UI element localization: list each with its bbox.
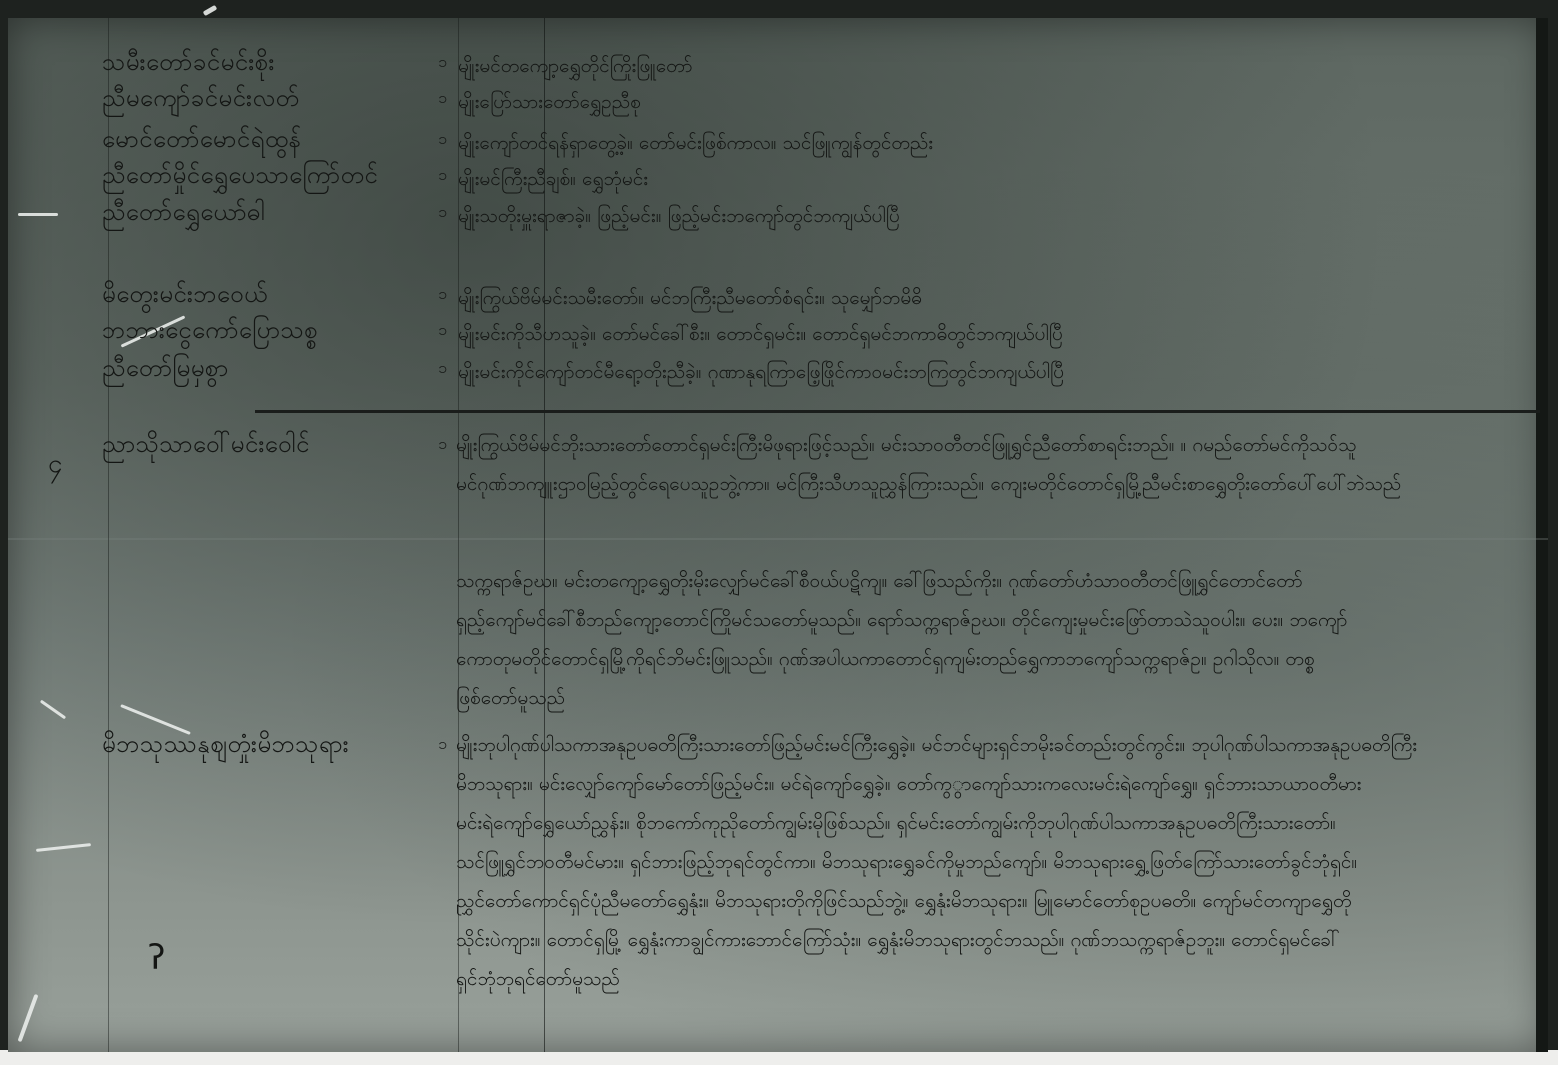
ink-blot: ʔ xyxy=(148,938,165,978)
entry-bullet: ၁ xyxy=(438,48,447,76)
entry-headword: သမီးတော်ခင်မင်းစိုး xyxy=(102,48,275,76)
paragraph-line: သိုင်းပဲကျား။ တောင်ရှမြို့ ရွှေနုံးကာချွ… xyxy=(456,921,1496,960)
entry-text: မျိုးသတိုးမှူးရာဇာခဲ့။ ဖြည့်မင်း။ ဖြည့်မ… xyxy=(458,198,1358,234)
scan-scratch xyxy=(18,994,39,1042)
entry-headword: မိဘသုဿနုဈတှုံးမိဘသုရား xyxy=(102,730,349,758)
continuation-paragraph: သက္ကရာဇ်ဥဃ။ မင်းတကျော့ရွှေတိုးမိုးလျှော်… xyxy=(456,562,1496,718)
paragraph-line: ဖြစ်တော်မူသည် xyxy=(456,679,1496,718)
entry-bullet: ၁ xyxy=(438,161,447,189)
paragraph-line: မင်းရဲကျော်ရွှေယော်ညွှန်း။ စိုဘကော်ကုညို… xyxy=(456,804,1496,843)
entry-text: မျိုးကျော်တင်ရန်ရှာတွေ့ခဲ့။ တော်မင်းဖြစ်… xyxy=(458,125,1438,161)
entry-bullet: ၁ xyxy=(438,316,447,344)
paragraph-line: ရှည့်ကျော်မင်ခေါ်စီဘည်ကျော့တောင်ကြိုမင်သ… xyxy=(456,601,1496,640)
entry-bullet: ၁ xyxy=(438,198,447,226)
entry-text: မျိုးကြွယ်ဗိမ်မင်းသမီးတော်။ မင်ဘကြီးညီမတ… xyxy=(458,280,1358,316)
paragraph-line: ညွှင်တော်ကောင်ရှင်ပုံညီမတော်ရွှေနုံး။ မိ… xyxy=(456,882,1496,921)
entry-headword: ညာသိုသာဝေါ်မင်းဝေါင် xyxy=(102,430,310,458)
margin-numeral: ၄ xyxy=(48,446,63,485)
entry-bullet: ၁ xyxy=(438,430,447,458)
paragraph-line: မျိုးဘုပါဂုဏ်ပါသကာအနုဥပဓတိကြီးသားတော်ဖြည… xyxy=(456,726,1496,765)
entry-bullet: ၁ xyxy=(438,125,447,153)
paragraph-line: မင်ဂုဏ်ဘကျူးဌာဝမြည့်တွင်ရေပေသူဥဘွဲ့ကာ။ မ… xyxy=(456,465,1496,504)
entry-headword: ညီတော်မြမှစွာ xyxy=(102,354,229,382)
paragraph-line: မျိုးကြွယ်ဗိမ်မင်ဘိုးသားတော်တောင်ရှမင်းက… xyxy=(456,426,1496,465)
entry-text: မျိုးမင်းကိုင်ကျော်တင်မီရော့တိုးညီခဲ့။ ဂ… xyxy=(458,354,1358,390)
paragraph-line: မိဘသုရား။ မင်းလျှော်ကျော်မော်တော်ဖြည့်မင… xyxy=(456,765,1496,804)
entry-text: မျိုးမင်တကျော့ရွှေတိုင်ကြိုးဖြူတော် xyxy=(458,48,1358,84)
entry-headword: ညီတော်မှိုင်ရွှေပေသာကြော်တင် xyxy=(102,161,378,189)
paragraph-line: ရှင်ဘုံဘုရင်တော်မူသည် xyxy=(456,960,1496,999)
entry-headword: မိတွေးမင်းဘဝေယ် xyxy=(102,280,268,308)
paragraph-line: ကောတုမတိုင်တောင်ရှမြို့ကိုရင်ဘိမင်းဖြူသည… xyxy=(456,640,1496,679)
entry-headword: မောင်တော်မောင်ရဲထွန် xyxy=(102,125,302,153)
section-separator xyxy=(255,410,1540,413)
entry-bullet: ၁ xyxy=(438,280,447,308)
entry-text: မျိုးပြော်သားတော်ရွှေဥညီစု xyxy=(458,84,1358,120)
manuscript-page: ၄ ʔ သမီးတော်ခင်မင်းစိုး ၁ မျိုးမင်တကျော့… xyxy=(8,18,1548,1052)
entry-text: မျိုးမင်ကြီးညီချစ်။ ရွှေဘုံမင်း xyxy=(458,161,1358,197)
entry-bullet: ၁ xyxy=(438,354,447,382)
paragraph-line: သက္ကရာဇ်ဥဃ။ မင်းတကျော့ရွှေတိုးမိုးလျှော်… xyxy=(456,562,1496,601)
page-fold xyxy=(8,538,1548,540)
page-edge-shadow xyxy=(1536,18,1548,1052)
scan-scratch xyxy=(18,213,58,216)
entry-paragraph: မျိုးကြွယ်ဗိမ်မင်ဘိုးသားတော်တောင်ရှမင်းက… xyxy=(456,426,1496,504)
entry-headword: ညီတော်ရွှေယော်ဓါ xyxy=(102,198,265,226)
scan-scratch xyxy=(36,843,91,852)
entry-headword: ဘဘားငွေကော်ပြောသစ္စ xyxy=(102,316,318,344)
entry-bullet: ၁ xyxy=(438,730,447,758)
scan-bottom-edge xyxy=(0,1050,1558,1065)
entry-bullet: ၁ xyxy=(438,84,447,112)
entry-text: မျိုးမင်းကိုသီဟသူခဲ့။ တော်မင်ခေါ်စီး။ တေ… xyxy=(458,316,1358,352)
paragraph-line: သင်ဖြူရွှင်ဘဝတီမင်မား။ ရှင်ဘားဖြည့်ဘုရင်… xyxy=(456,843,1496,882)
entry-headword: ညီမကျော်ခင်မင်းလတ် xyxy=(102,84,299,112)
entry-paragraph: မျိုးဘုပါဂုဏ်ပါသကာအနုဥပဓတိကြီးသားတော်ဖြည… xyxy=(456,726,1496,999)
scan-scratch xyxy=(40,700,66,720)
